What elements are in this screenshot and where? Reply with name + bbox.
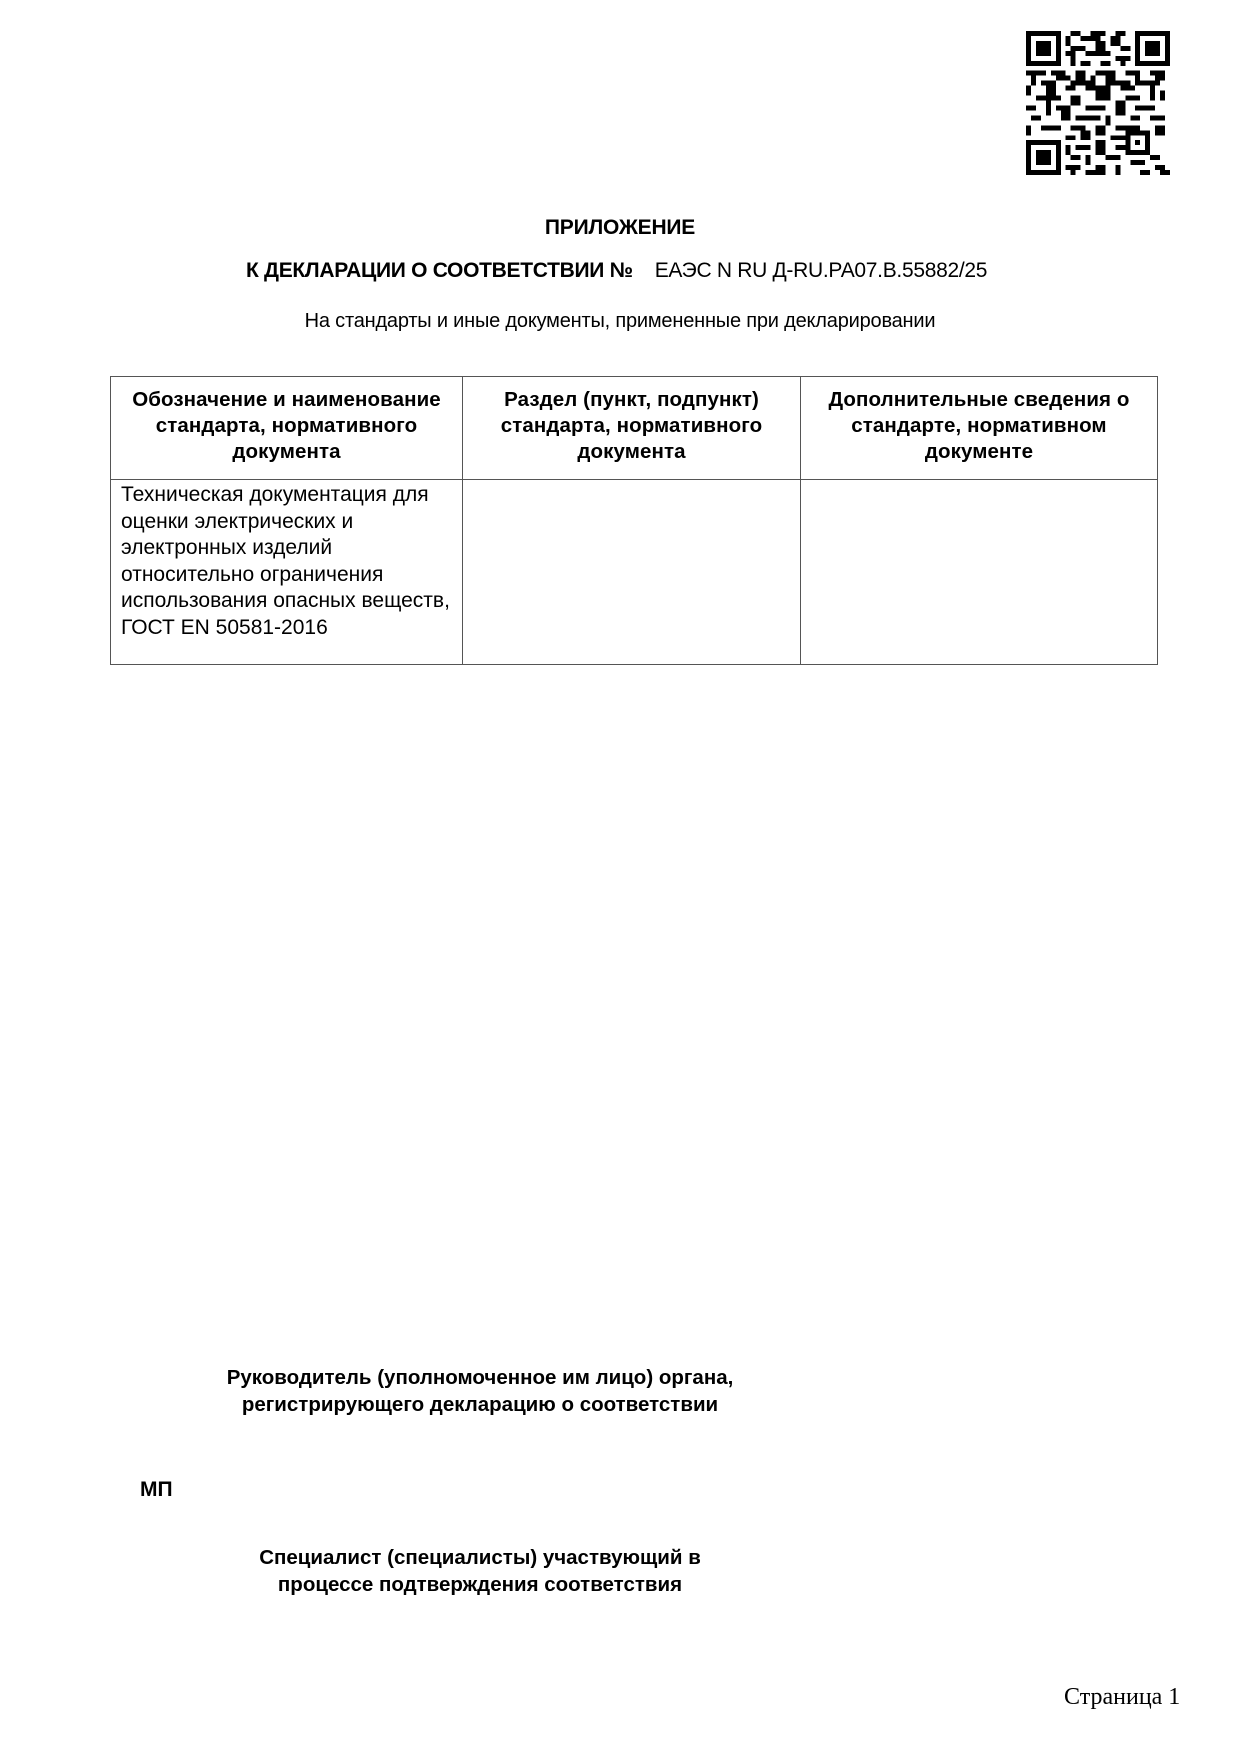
table-header-row: Обозначение и наименование стандарта, но… [111,377,1158,480]
declaration-label: К ДЕКЛАРАЦИИ О СООТВЕТСТВИИ № [246,259,633,282]
specialist-signature-caption: Специалист (специалисты) участвующий в п… [210,1544,750,1598]
column-header-section: Раздел (пункт, подпункт) стандарта, норм… [463,377,801,480]
page-number: Страница 1 [1064,1684,1180,1711]
table-cell-section [463,480,801,665]
qr-code-icon [1026,31,1170,175]
head-signature-caption: Руководитель (уполномоченное им лицо) ор… [225,1364,735,1418]
declaration-line: К ДЕКЛАРАЦИИ О СООТВЕТСТВИИ №ЕАЭС N RU Д… [246,259,987,283]
table-row: Техническая документация для оценки элек… [111,480,1158,665]
stamp-placeholder: МП [140,1478,173,1502]
column-header-additional-info: Дополнительные сведения о стандарте, нор… [801,377,1158,480]
table-cell-additional-info [801,480,1158,665]
document-title: ПРИЛОЖЕНИЕ [0,216,1240,240]
column-header-designation: Обозначение и наименование стандарта, но… [111,377,463,480]
declaration-number: ЕАЭС N RU Д-RU.РА07.В.55882/25 [655,259,987,282]
standards-table: Обозначение и наименование стандарта, но… [110,376,1158,665]
document-subtitle: На стандарты и иные документы, примененн… [0,310,1240,333]
table-cell-designation: Техническая документация для оценки элек… [111,480,463,665]
